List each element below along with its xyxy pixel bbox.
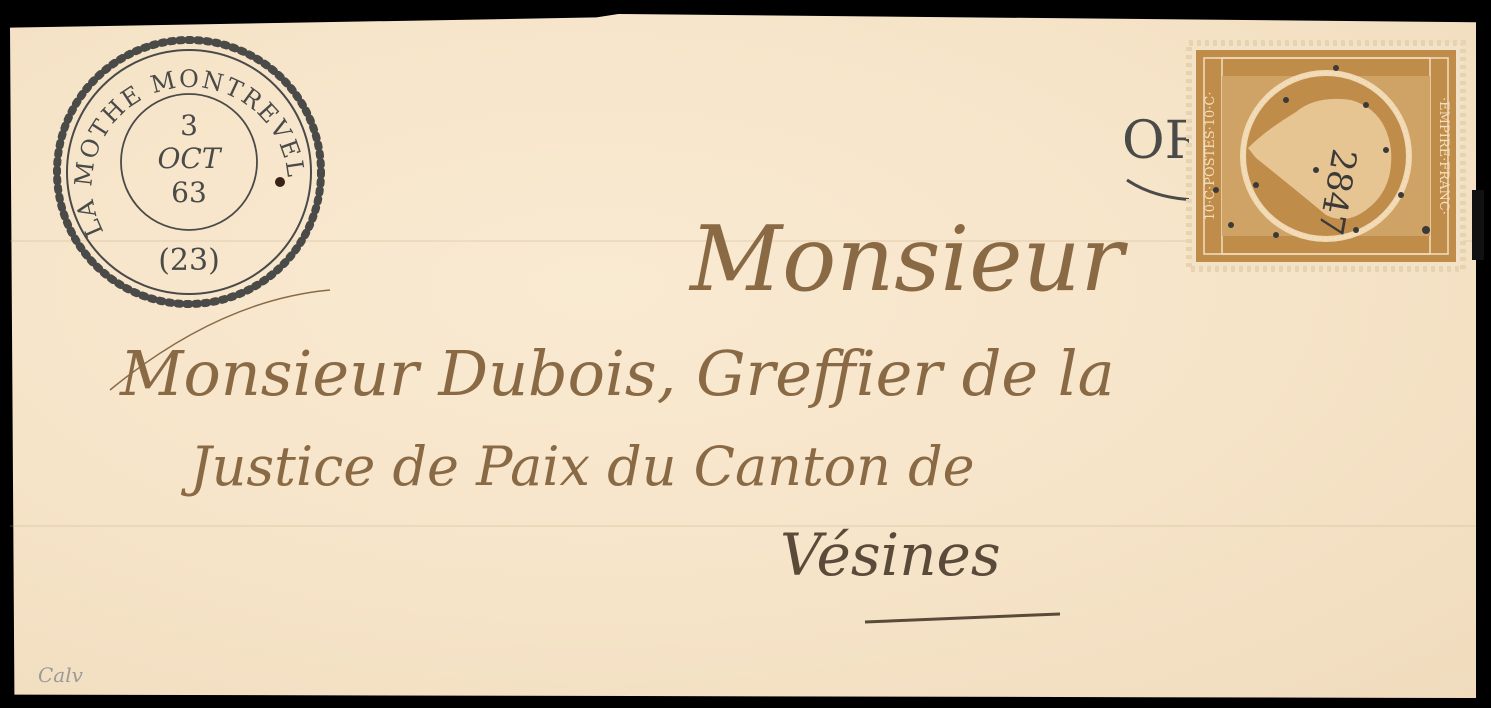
pencil-note: Calv bbox=[38, 663, 84, 687]
address-line-4: Vésines bbox=[780, 521, 1001, 589]
address-line-2: Monsieur Dubois, Greffier de la bbox=[119, 337, 1115, 410]
address-line-1: Monsieur bbox=[688, 207, 1128, 312]
address-line-3: Justice de Paix du Canton de bbox=[180, 435, 975, 498]
handwritten-address: Monsieur Monsieur Dubois, Greffier de la… bbox=[0, 0, 1491, 708]
